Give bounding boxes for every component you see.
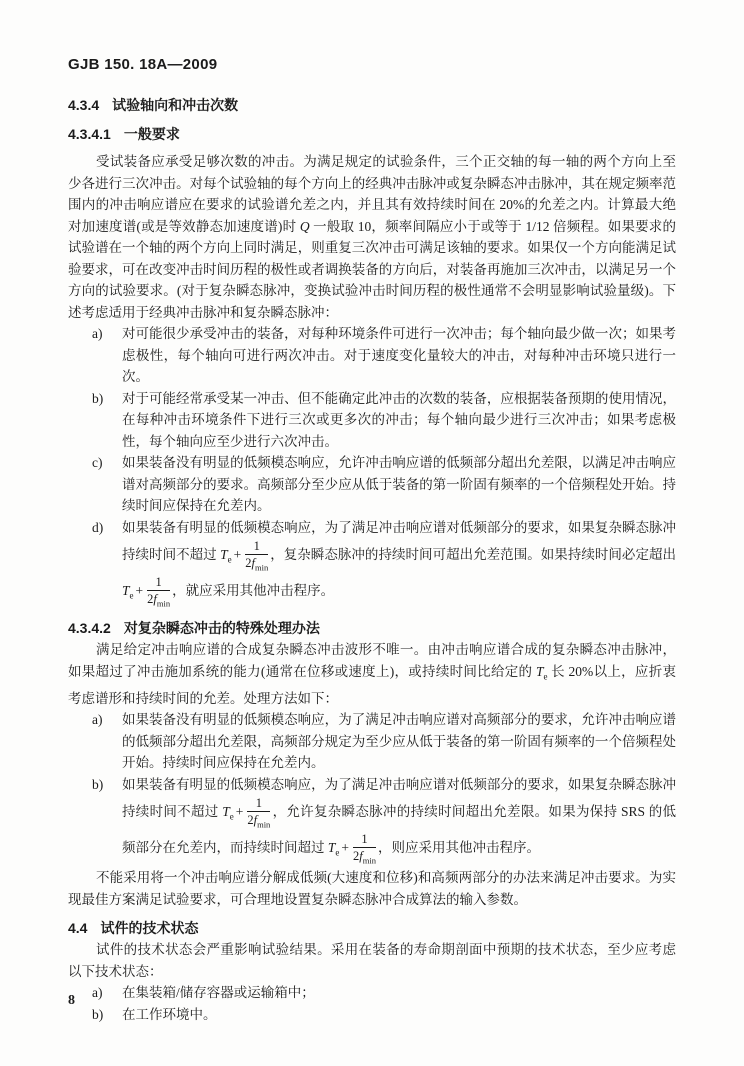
list-text: 如果装备没有明显的低频模态响应，允许冲击响应谱的低频部分超出允差限，以满足冲击响…	[122, 452, 676, 517]
list-text: 如果装备有明显的低频模态响应，为了满足冲击响应谱对低频部分的要求，如果复杂瞬态脉…	[122, 517, 676, 611]
section-title: 试件的技术状态	[100, 920, 198, 936]
formula-te-plus-1-over-2fmin: Te+12fmin	[122, 583, 172, 598]
section-heading-4-3-4-1: 4.3.4.1一般要求	[68, 123, 676, 145]
list-item-b3: b) 在工作环境中。	[68, 1004, 676, 1026]
section-number: 4.3.4.2	[68, 620, 111, 636]
paragraph-general-requirements: 受试装备应承受足够次数的冲击。为满足规定的试验条件，三个正交轴的每一轴的两个方向…	[68, 151, 676, 323]
list-item-c: c) 如果装备没有明显的低频模态响应，允许冲击响应谱的低频部分超出允差限，以满足…	[68, 452, 676, 517]
list-text: 在工作环境中。	[122, 1004, 676, 1026]
list-label: b)	[92, 774, 122, 868]
list-text: 对于可能经常承受某一冲击、但不能确定此冲击的次数的装备，应根据装备预期的使用情况…	[122, 388, 676, 453]
list-label: d)	[92, 517, 122, 611]
fraction-denominator: 2fmin	[353, 848, 376, 866]
list-item-a: a) 对可能很少承受冲击的装备，对每种环境条件可进行一次冲击；每个轴向最少做一次…	[68, 323, 676, 388]
section-title: 一般要求	[124, 126, 180, 142]
list-item-d: d) 如果装备有明显的低频模态响应，为了满足冲击响应谱对低频部分的要求，如果复杂…	[68, 517, 676, 611]
fraction-numerator: 1	[353, 832, 376, 848]
list-label: a)	[92, 323, 122, 388]
list-text-segment: ，复杂瞬态脉冲的持续时间可超出允差范围。如果持续时间必定超出	[270, 547, 676, 562]
math-sub-min: min	[157, 599, 170, 609]
math-sub-min: min	[255, 563, 268, 573]
math-plus-sign: +	[136, 583, 144, 598]
fraction-numerator: 1	[147, 575, 170, 591]
section-number: 4.3.4.1	[68, 126, 111, 142]
list-text-segment: ，则应采用其他冲击程序。	[378, 840, 540, 855]
math-plus-sign: +	[236, 804, 244, 819]
fraction-numerator: 1	[245, 539, 268, 555]
math-sub-min: min	[363, 856, 376, 866]
list-item-b2: b) 如果装备有明显的低频模态响应，为了满足冲击响应谱对低频部分的要求，如果复杂…	[68, 774, 676, 868]
page-number: 8	[68, 990, 75, 1012]
document-page: GJB 150. 18A—2009 4.3.4试验轴向和冲击次数 4.3.4.1…	[0, 0, 744, 1066]
math-var-T: T	[220, 547, 228, 562]
section-title: 对复杂瞬态冲击的特殊处理办法	[124, 620, 320, 636]
list-text-segment: ，就应采用其他冲击程序。	[172, 583, 334, 598]
section-heading-4-3-4: 4.3.4试验轴向和冲击次数	[68, 94, 676, 116]
section-number: 4.3.4	[68, 97, 99, 113]
section-heading-4-4: 4.4试件的技术状态	[68, 917, 676, 939]
list-label: b)	[92, 388, 122, 453]
formula-te-plus-1-over-2fmin: Te+12fmin	[328, 840, 378, 855]
math-fraction: 12fmin	[245, 539, 268, 573]
math-var-T: T	[122, 583, 130, 598]
math-sub-e: e	[335, 848, 339, 858]
list-label: c)	[92, 452, 122, 517]
fraction-denominator: 2fmin	[247, 812, 270, 830]
fraction-denominator: 2fmin	[245, 555, 268, 573]
math-sub-e: e	[230, 812, 234, 822]
math-fraction: 12fmin	[147, 575, 170, 609]
math-var-Q: Q	[300, 219, 310, 234]
formula-te-plus-1-over-2fmin: Te+12fmin	[222, 804, 272, 819]
math-plus-sign: +	[341, 840, 349, 855]
paragraph-test-item-state: 试件的技术状态会严重影响试验结果。采用在装备的寿命期剖面中预期的技术状态，至少应…	[68, 939, 676, 982]
math-fraction: 12fmin	[247, 796, 270, 830]
list-text: 在集装箱/储存容器或运输箱中；	[122, 982, 676, 1004]
list-label: a)	[92, 709, 122, 774]
list-text: 对可能很少承受冲击的装备，对每种环境条件可进行一次冲击；每个轴向最少做一次；如果…	[122, 323, 676, 388]
math-fraction: 12fmin	[353, 832, 376, 866]
math-var-Te: Te	[536, 664, 548, 679]
section-title: 试验轴向和冲击次数	[112, 97, 238, 113]
list-text: 如果装备有明显的低频模态响应，为了满足冲击响应谱对低频部分的要求，如果复杂瞬态脉…	[122, 774, 676, 868]
formula-te-plus-1-over-2fmin: Te+12fmin	[220, 547, 270, 562]
section-heading-4-3-4-2: 4.3.4.2对复杂瞬态冲击的特殊处理办法	[68, 617, 676, 639]
section-number: 4.4	[68, 920, 87, 936]
list-item-b: b) 对于可能经常承受某一冲击、但不能确定此冲击的次数的装备，应根据装备预期的使…	[68, 388, 676, 453]
standard-number-header: GJB 150. 18A—2009	[68, 54, 676, 76]
math-var-T: T	[222, 804, 230, 819]
list-label: b)	[92, 1004, 122, 1026]
math-plus-sign: +	[234, 547, 242, 562]
list-item-a2: a) 如果装备没有明显的低频模态响应，为了满足冲击响应谱对高频部分的要求，允许冲…	[68, 709, 676, 774]
paragraph-complex-transient: 满足给定冲击响应谱的合成复杂瞬态冲击波形不唯一。由冲击响应谱合成的复杂瞬态冲击脉…	[68, 639, 676, 709]
list-item-a3: a) 在集装箱/储存容器或运输箱中；	[68, 982, 676, 1004]
list-label: a)	[92, 982, 122, 1004]
math-sub-min: min	[257, 820, 270, 830]
fraction-numerator: 1	[247, 796, 270, 812]
math-sub-e: e	[130, 591, 134, 601]
list-text: 如果装备没有明显的低频模态响应，为了满足冲击响应谱对高频部分的要求，允许冲击响应…	[122, 709, 676, 774]
math-sub-e: e	[228, 555, 232, 565]
fraction-denominator: 2fmin	[147, 591, 170, 609]
paragraph-decomposition-note: 不能采用将一个冲击响应谱分解成低频(大速度和位移)和高频两部分的办法来满足冲击要…	[68, 867, 676, 910]
